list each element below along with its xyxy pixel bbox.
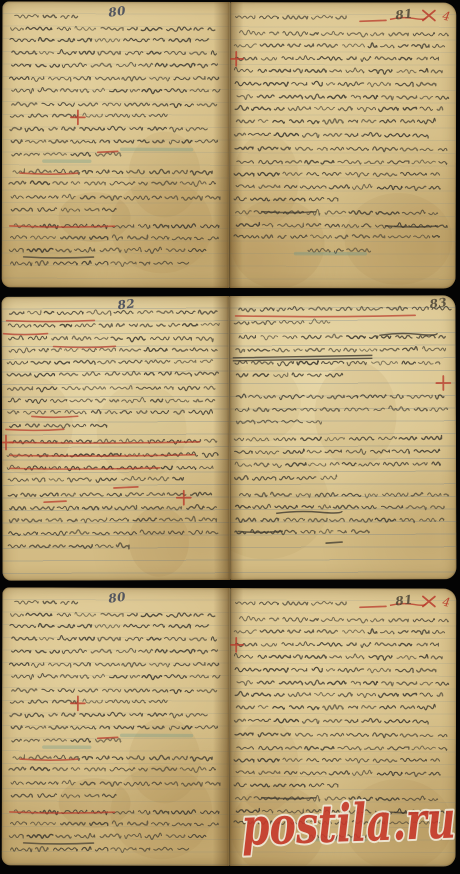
handwriting-layer <box>2 587 229 866</box>
page-number-81: 81 <box>394 592 413 608</box>
notebook-spread-1: 80 81 4 <box>2 1 457 288</box>
svg-text:4: 4 <box>440 9 451 24</box>
page-number-82: 82 <box>117 296 136 312</box>
watermark-text: postila.ru <box>241 797 457 858</box>
page-number-80: 80 <box>108 590 127 606</box>
notebook-page-80-duplicate: 80 <box>2 587 230 866</box>
svg-text:4: 4 <box>440 595 451 610</box>
notebook-page-80: 80 <box>2 1 230 288</box>
watermark: postila.ru <box>240 797 460 865</box>
page-number-83: 83 <box>429 295 448 311</box>
handwriting-layer <box>2 296 229 581</box>
handwriting-layer <box>2 1 229 287</box>
page-number-81: 81 <box>394 6 413 22</box>
notebook-page-81: 81 4 <box>229 2 456 289</box>
handwriting-layer: 4 <box>229 2 456 288</box>
notebook-spread-2: 82 83 <box>2 295 457 581</box>
page-number-80: 80 <box>108 4 127 20</box>
notebook-page-82: 82 <box>2 296 230 581</box>
notebook-page-83: 83 <box>229 295 456 580</box>
handwriting-layer <box>229 295 456 580</box>
scanned-notebook-collage: 80 81 4 82 83 80 81 4 postila.ru <box>0 0 460 874</box>
